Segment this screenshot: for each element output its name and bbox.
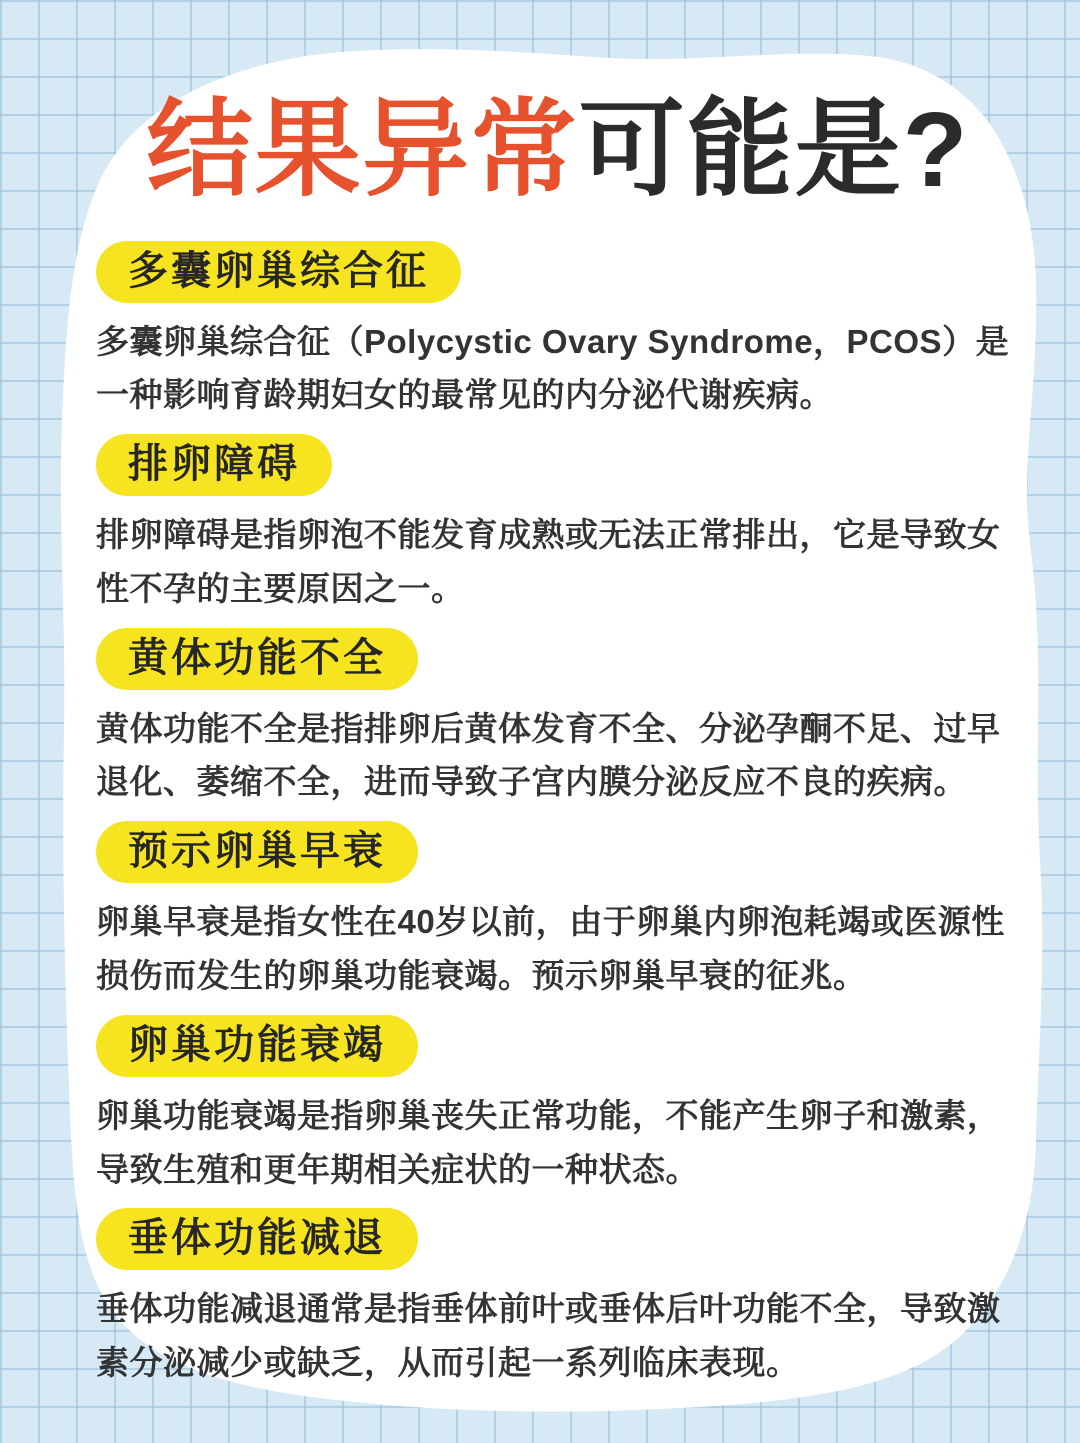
condition-label: 预示卵巢早衰: [128, 829, 386, 873]
condition-section: 卵巢功能衰竭 卵巢功能衰竭是指卵巢丧失正常功能，不能产生卵子和激素，导致生殖和更…: [96, 1015, 1020, 1197]
condition-label-pill: 预示卵巢早衰: [96, 821, 418, 883]
condition-label: 黄体功能不全: [128, 636, 386, 680]
condition-section: 黄体功能不全 黄体功能不全是指排卵后黄体发育不全、分泌孕酮不足、过早退化、萎缩不…: [96, 628, 1020, 810]
condition-label: 多囊卵巢综合征: [128, 249, 429, 293]
title-highlight: 结果异常: [147, 91, 579, 209]
card-content: 结果异常可能是? 多囊卵巢综合征 多囊卵巢综合征（Polycystic Ovar…: [0, 0, 1080, 1443]
infographic-card: 结果异常可能是? 多囊卵巢综合征 多囊卵巢综合征（Polycystic Ovar…: [0, 0, 1080, 1443]
condition-description: 垂体功能减退通常是指垂体前叶或垂体后叶功能不全，导致激素分泌减少或缺乏，从而引起…: [96, 1282, 1020, 1390]
condition-section: 多囊卵巢综合征 多囊卵巢综合征（Polycystic Ovary Syndrom…: [96, 241, 1020, 423]
condition-description: 卵巢早衰是指女性在40岁以前，由于卵巢内卵泡耗竭或医源性损伤而发生的卵巢功能衰竭…: [96, 895, 1020, 1003]
section-list: 多囊卵巢综合征 多囊卵巢综合征（Polycystic Ovary Syndrom…: [96, 241, 1020, 1390]
condition-label-pill: 卵巢功能衰竭: [96, 1015, 418, 1077]
condition-label-pill: 黄体功能不全: [96, 628, 418, 690]
condition-section: 预示卵巢早衰 卵巢早衰是指女性在40岁以前，由于卵巢内卵泡耗竭或医源性损伤而发生…: [96, 821, 1020, 1003]
condition-label: 卵巢功能衰竭: [128, 1023, 386, 1067]
condition-section: 垂体功能减退 垂体功能减退通常是指垂体前叶或垂体后叶功能不全，导致激素分泌减少或…: [96, 1208, 1020, 1390]
title-rest: 可能是?: [579, 91, 970, 209]
condition-description: 黄体功能不全是指排卵后黄体发育不全、分泌孕酮不足、过早退化、萎缩不全，进而导致子…: [96, 702, 1020, 810]
condition-label: 排卵障碍: [128, 442, 300, 486]
page-title: 结果异常可能是?: [96, 84, 1020, 217]
condition-description: 排卵障碍是指卵泡不能发育成熟或无法正常排出，它是导致女性不孕的主要原因之一。: [96, 508, 1020, 616]
condition-description: 卵巢功能衰竭是指卵巢丧失正常功能，不能产生卵子和激素，导致生殖和更年期相关症状的…: [96, 1089, 1020, 1197]
condition-label-pill: 垂体功能减退: [96, 1208, 418, 1270]
condition-section: 排卵障碍 排卵障碍是指卵泡不能发育成熟或无法正常排出，它是导致女性不孕的主要原因…: [96, 434, 1020, 616]
condition-label-pill: 排卵障碍: [96, 434, 332, 496]
condition-label-pill: 多囊卵巢综合征: [96, 241, 461, 303]
condition-description: 多囊卵巢综合征（Polycystic Ovary Syndrome，PCOS）是…: [96, 315, 1020, 423]
condition-label: 垂体功能减退: [128, 1216, 386, 1260]
